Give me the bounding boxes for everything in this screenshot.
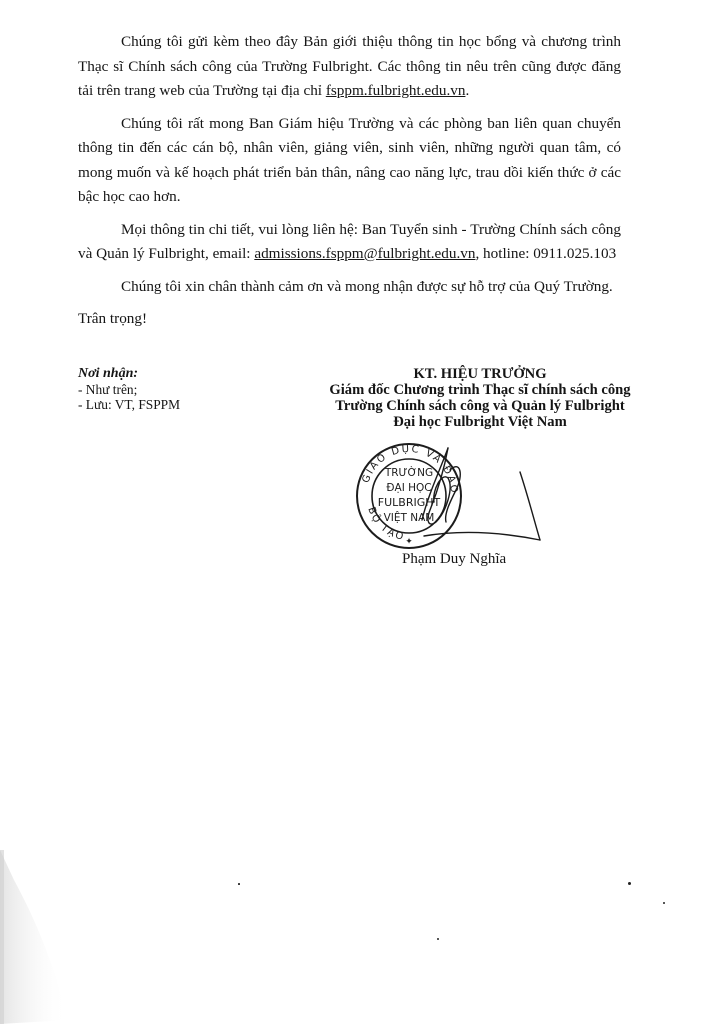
letter-paragraph: Mọi thông tin chi tiết, vui lòng liên hệ… bbox=[78, 218, 621, 267]
letter-paragraph: Chúng tôi xin chân thành cảm ơn và mong … bbox=[78, 275, 621, 300]
scan-shadow-artifact bbox=[0, 850, 120, 1024]
signature-block: KT. HIỆU TRƯỞNG Giám đốc Chương trình Th… bbox=[290, 366, 670, 430]
recipients-block: Nơi nhận: - Như trên; - Lưu: VT, FSPPM bbox=[78, 366, 180, 413]
paragraph-text: Chúng tôi xin chân thành cảm ơn và mong … bbox=[121, 278, 613, 295]
letter-paragraph: Chúng tôi gửi kèm theo đây Bản giới thiệ… bbox=[78, 30, 621, 104]
scan-speck bbox=[437, 938, 439, 940]
scan-speck bbox=[238, 883, 240, 885]
paragraph-text: . bbox=[465, 82, 469, 99]
handwritten-signature-icon bbox=[420, 440, 560, 555]
document-page: Chúng tôi gửi kèm theo đây Bản giới thiệ… bbox=[0, 0, 708, 1024]
signer-name: Phạm Duy Nghĩa bbox=[402, 551, 506, 568]
closing-salutation: Trân trọng! bbox=[78, 307, 621, 332]
email-link[interactable]: admissions.fsppm@fulbright.edu.vn bbox=[254, 245, 475, 262]
recipient-item: - Như trên; bbox=[78, 382, 180, 398]
signature-line: Giám đốc Chương trình Thạc sĩ chính sách… bbox=[290, 382, 670, 398]
signature-line: Đại học Fulbright Việt Nam bbox=[290, 414, 670, 430]
paragraph-text: , hotline: 0911.025.103 bbox=[475, 245, 616, 262]
website-link[interactable]: fsppm.fulbright.edu.vn bbox=[326, 82, 466, 99]
paragraph-text: Chúng tôi rất mong Ban Giám hiệu Trường … bbox=[78, 115, 621, 206]
recipient-item: - Lưu: VT, FSPPM bbox=[78, 397, 180, 413]
svg-text:✦: ✦ bbox=[405, 536, 413, 546]
letter-body: Chúng tôi gửi kèm theo đây Bản giới thiệ… bbox=[78, 30, 621, 340]
scan-speck bbox=[628, 882, 631, 885]
signature-title: KT. HIỆU TRƯỞNG bbox=[290, 366, 670, 382]
scan-speck bbox=[663, 902, 665, 904]
recipients-heading: Nơi nhận: bbox=[78, 366, 180, 382]
signature-line: Trường Chính sách công và Quản lý Fulbri… bbox=[290, 398, 670, 414]
letter-paragraph: Chúng tôi rất mong Ban Giám hiệu Trường … bbox=[78, 112, 621, 210]
